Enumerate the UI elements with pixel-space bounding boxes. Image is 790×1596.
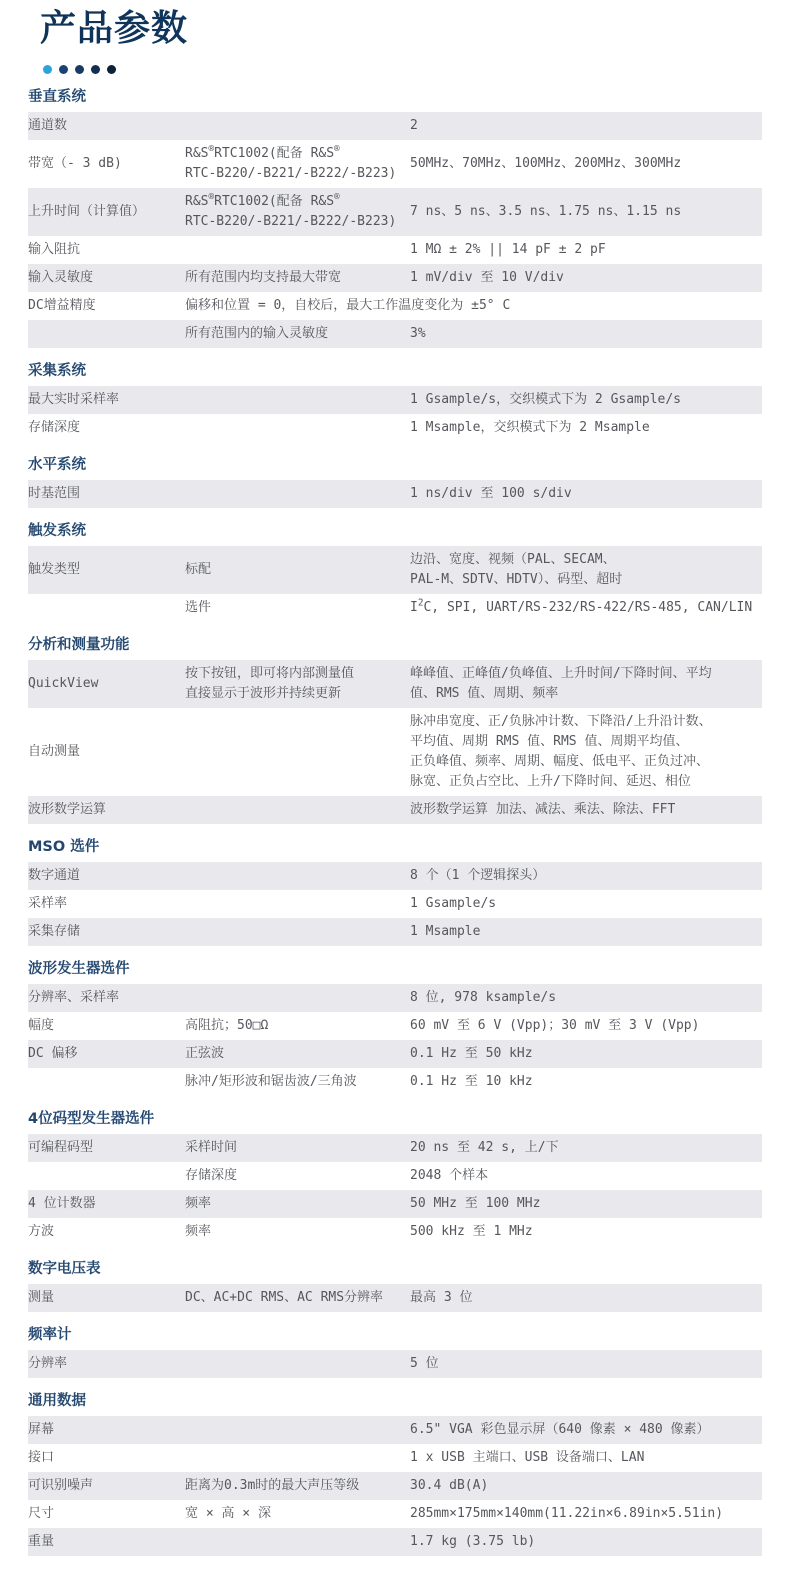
spec-row: DC增益精度偏移和位置 = 0，自校后，最大工作温度变化为 ±5° C (28, 292, 762, 320)
row-label: QuickView (28, 674, 185, 694)
spec-row: 可识别噪声距离为0.3m时的最大声压等级30.4 dB(A) (28, 1472, 762, 1500)
row-mid: 高阻抗；50□Ω (185, 1016, 410, 1036)
row-mid: 宽 × 高 × 深 (185, 1504, 410, 1524)
row-value: 1 Gsample/s (410, 894, 762, 914)
row-value: 1 Msample，交织模式下为 2 Msample (410, 418, 762, 438)
spec-row: 存储深度2048 个样本 (28, 1162, 762, 1190)
row-label: 存储深度 (28, 418, 185, 438)
row-value: 8 位, 978 ksample/s (410, 988, 762, 1008)
row-label: 最大实时采样率 (28, 390, 185, 410)
dot-icon (59, 65, 68, 74)
row-mid: 正弦波 (185, 1044, 410, 1064)
row-label: 可编程码型 (28, 1138, 185, 1158)
row-value: 1.7 kg (3.75 lb) (410, 1532, 762, 1552)
spec-section: MSO 选件数字通道8 个（1 个逻辑探头）采样率1 Gsample/s采集存储… (28, 837, 762, 946)
row-label: 重量 (28, 1532, 185, 1552)
spec-row: 4 位计数器频率50 MHz 至 100 MHz (28, 1190, 762, 1218)
spec-row: 方波频率500 kHz 至 1 MHz (28, 1218, 762, 1246)
row-mid: 偏移和位置 = 0，自校后，最大工作温度变化为 ±5° C (185, 296, 762, 316)
row-value: 2048 个样本 (410, 1166, 762, 1186)
spec-section: 触发系统触发类型标配边沿、宽度、视频（PAL、SECAM、 PAL-M、SDTV… (28, 521, 762, 622)
row-value: 7 ns、5 ns、3.5 ns、1.75 ns、1.15 ns (410, 202, 762, 222)
page-title: 产品参数 (40, 8, 762, 50)
row-label: 数字通道 (28, 866, 185, 886)
row-mid: 所有范围内均支持最大带宽 (185, 268, 410, 288)
spec-row: 采样率1 Gsample/s (28, 890, 762, 918)
title-dots (43, 65, 762, 74)
section-title: 数字电压表 (28, 1259, 762, 1279)
row-value: 2 (410, 116, 762, 136)
section-title: 4位码型发生器选件 (28, 1109, 762, 1129)
row-label: 自动测量 (28, 742, 185, 762)
row-value: 1 ns/div 至 100 s/div (410, 484, 762, 504)
dot-icon (91, 65, 100, 74)
row-value: 3% (410, 324, 762, 344)
spec-row: 数字通道8 个（1 个逻辑探头） (28, 862, 762, 890)
spec-row: 幅度高阻抗；50□Ω60 mV 至 6 V (Vpp)；30 mV 至 3 V … (28, 1012, 762, 1040)
row-label: DC 偏移 (28, 1044, 185, 1064)
row-value: 脉冲串宽度、正/负脉冲计数、下降沿/上升沿计数、 平均值、周期 RMS 值、RM… (410, 712, 762, 792)
spec-row: 所有范围内的输入灵敏度3% (28, 320, 762, 348)
row-label: 触发类型 (28, 560, 185, 580)
spec-row: 屏幕6.5" VGA 彩色显示屏（640 像素 × 480 像素） (28, 1416, 762, 1444)
section-title: 垂直系统 (28, 87, 762, 107)
row-label: 带宽（- 3 dB) (28, 154, 185, 174)
spec-page: 产品参数 垂直系统通道数2带宽（- 3 dB)R&S®RTC1002(配备 R&… (0, 0, 790, 1596)
dot-icon (43, 65, 52, 74)
row-value: 1 mV/div 至 10 V/div (410, 268, 762, 288)
row-mid: 选件 (185, 598, 410, 618)
row-value: 边沿、宽度、视频（PAL、SECAM、 PAL-M、SDTV、HDTV）、码型、… (410, 550, 762, 590)
spec-row: 尺寸宽 × 高 × 深285mm×175mm×140mm(11.22in×6.8… (28, 1500, 762, 1528)
section-title: 采集系统 (28, 361, 762, 381)
spec-row: 时基范围1 ns/div 至 100 s/div (28, 480, 762, 508)
spec-row: 输入灵敏度所有范围内均支持最大带宽1 mV/div 至 10 V/div (28, 264, 762, 292)
row-value: 0.1 Hz 至 50 kHz (410, 1044, 762, 1064)
spec-section: 水平系统时基范围1 ns/div 至 100 s/div (28, 455, 762, 508)
row-label: 波形数学运算 (28, 800, 185, 820)
row-mid: 存储深度 (185, 1166, 410, 1186)
spec-row: 存储深度1 Msample，交织模式下为 2 Msample (28, 414, 762, 442)
spec-section: 频率计分辨率5 位 (28, 1325, 762, 1378)
row-mid: 脉冲/矩形波和锯齿波/三角波 (185, 1072, 410, 1092)
row-mid: 所有范围内的输入灵敏度 (185, 324, 410, 344)
row-value: 20 ns 至 42 s, 上/下 (410, 1138, 762, 1158)
row-value: 最高 3 位 (410, 1288, 762, 1308)
row-label: 可识别噪声 (28, 1476, 185, 1496)
row-value: 峰峰值、正峰值/负峰值、上升时间/下降时间、平均 值、RMS 值、周期、频率 (410, 664, 762, 704)
spec-row: 最大实时采样率1 Gsample/s，交织模式下为 2 Gsample/s (28, 386, 762, 414)
row-mid: 标配 (185, 560, 410, 580)
spec-section: 垂直系统通道数2带宽（- 3 dB)R&S®RTC1002(配备 R&S® RT… (28, 87, 762, 348)
spec-section: 分析和测量功能QuickView按下按钮，即可将内部测量值 直接显示于波形并持续… (28, 635, 762, 824)
row-value: 285mm×175mm×140mm(11.22in×6.89in×5.51in) (410, 1504, 762, 1524)
row-label: 输入阻抗 (28, 240, 185, 260)
row-label: 分辨率、采样率 (28, 988, 185, 1008)
spec-row: 采集存储1 Msample (28, 918, 762, 946)
row-mid: R&S®RTC1002(配备 R&S® RTC-B220/-B221/-B222… (185, 144, 410, 184)
row-value: 500 kHz 至 1 MHz (410, 1222, 762, 1242)
spec-row: 重量1.7 kg (3.75 lb) (28, 1528, 762, 1556)
row-value: 50 MHz 至 100 MHz (410, 1194, 762, 1214)
row-mid: 频率 (185, 1222, 410, 1242)
row-label: 分辨率 (28, 1354, 185, 1374)
spec-section: 数字电压表测量DC、AC+DC RMS、AC RMS分辨率最高 3 位 (28, 1259, 762, 1312)
row-value: 30.4 dB(A) (410, 1476, 762, 1496)
section-title: 频率计 (28, 1325, 762, 1345)
spec-row: QuickView按下按钮，即可将内部测量值 直接显示于波形并持续更新峰峰值、正… (28, 660, 762, 708)
row-label: 采集存储 (28, 922, 185, 942)
row-label: 幅度 (28, 1016, 185, 1036)
section-title: 水平系统 (28, 455, 762, 475)
spec-row: 分辨率、采样率8 位, 978 ksample/s (28, 984, 762, 1012)
section-title: 通用数据 (28, 1391, 762, 1411)
spec-row: 通道数2 (28, 112, 762, 140)
row-value: 6.5" VGA 彩色显示屏（640 像素 × 480 像素） (410, 1420, 762, 1440)
row-label: 输入灵敏度 (28, 268, 185, 288)
row-value: 60 mV 至 6 V (Vpp)；30 mV 至 3 V (Vpp) (410, 1016, 762, 1036)
spec-section: 4位码型发生器选件可编程码型采样时间20 ns 至 42 s, 上/下存储深度2… (28, 1109, 762, 1246)
row-label: 采样率 (28, 894, 185, 914)
spec-sections: 垂直系统通道数2带宽（- 3 dB)R&S®RTC1002(配备 R&S® RT… (28, 87, 762, 1556)
row-label: 4 位计数器 (28, 1194, 185, 1214)
spec-row: 输入阻抗1 MΩ ± 2% || 14 pF ± 2 pF (28, 236, 762, 264)
row-label: DC增益精度 (28, 296, 185, 316)
spec-row: 波形数学运算波形数学运算 加法、减法、乘法、除法、FFT (28, 796, 762, 824)
row-label: 测量 (28, 1288, 185, 1308)
spec-row: 分辨率5 位 (28, 1350, 762, 1378)
spec-section: 通用数据屏幕6.5" VGA 彩色显示屏（640 像素 × 480 像素）接口1… (28, 1391, 762, 1556)
row-value: 1 x USB 主端口、USB 设备端口、LAN (410, 1448, 762, 1468)
row-mid: DC、AC+DC RMS、AC RMS分辨率 (185, 1288, 410, 1308)
spec-row: 脉冲/矩形波和锯齿波/三角波0.1 Hz 至 10 kHz (28, 1068, 762, 1096)
dot-icon (75, 65, 84, 74)
row-label: 时基范围 (28, 484, 185, 504)
spec-section: 波形发生器选件分辨率、采样率8 位, 978 ksample/s幅度高阻抗；50… (28, 959, 762, 1096)
dot-icon (107, 65, 116, 74)
row-mid: 按下按钮，即可将内部测量值 直接显示于波形并持续更新 (185, 664, 410, 704)
row-label: 上升时间（计算值） (28, 202, 185, 222)
row-label: 屏幕 (28, 1420, 185, 1440)
row-value: 1 Gsample/s，交织模式下为 2 Gsample/s (410, 390, 762, 410)
spec-row: 测量DC、AC+DC RMS、AC RMS分辨率最高 3 位 (28, 1284, 762, 1312)
spec-row: 可编程码型采样时间20 ns 至 42 s, 上/下 (28, 1134, 762, 1162)
row-mid: R&S®RTC1002(配备 R&S® RTC-B220/-B221/-B222… (185, 192, 410, 232)
row-value: 1 Msample (410, 922, 762, 942)
spec-row: 带宽（- 3 dB)R&S®RTC1002(配备 R&S® RTC-B220/-… (28, 140, 762, 188)
row-label: 接口 (28, 1448, 185, 1468)
row-mid: 距离为0.3m时的最大声压等级 (185, 1476, 410, 1496)
spec-row: DC 偏移正弦波0.1 Hz 至 50 kHz (28, 1040, 762, 1068)
section-title: 触发系统 (28, 521, 762, 541)
section-title: 波形发生器选件 (28, 959, 762, 979)
spec-row: 接口1 x USB 主端口、USB 设备端口、LAN (28, 1444, 762, 1472)
section-title: MSO 选件 (28, 837, 762, 857)
row-value: 1 MΩ ± 2% || 14 pF ± 2 pF (410, 240, 762, 260)
section-title: 分析和测量功能 (28, 635, 762, 655)
row-label: 方波 (28, 1222, 185, 1242)
row-value: 5 位 (410, 1354, 762, 1374)
row-label: 通道数 (28, 116, 185, 136)
row-value: I2C, SPI, UART/RS-232/RS-422/RS-485, CAN… (410, 598, 762, 618)
row-value: 8 个（1 个逻辑探头） (410, 866, 762, 886)
row-value: 波形数学运算 加法、减法、乘法、除法、FFT (410, 800, 762, 820)
spec-row: 触发类型标配边沿、宽度、视频（PAL、SECAM、 PAL-M、SDTV、HDT… (28, 546, 762, 594)
spec-row: 选件I2C, SPI, UART/RS-232/RS-422/RS-485, C… (28, 594, 762, 622)
row-value: 0.1 Hz 至 10 kHz (410, 1072, 762, 1092)
spec-row: 自动测量脉冲串宽度、正/负脉冲计数、下降沿/上升沿计数、 平均值、周期 RMS … (28, 708, 762, 796)
row-value: 50MHz、70MHz、100MHz、200MHz、300MHz (410, 154, 762, 174)
row-mid: 频率 (185, 1194, 410, 1214)
spec-row: 上升时间（计算值）R&S®RTC1002(配备 R&S® RTC-B220/-B… (28, 188, 762, 236)
row-mid: 采样时间 (185, 1138, 410, 1158)
spec-section: 采集系统最大实时采样率1 Gsample/s，交织模式下为 2 Gsample/… (28, 361, 762, 442)
row-label: 尺寸 (28, 1504, 185, 1524)
